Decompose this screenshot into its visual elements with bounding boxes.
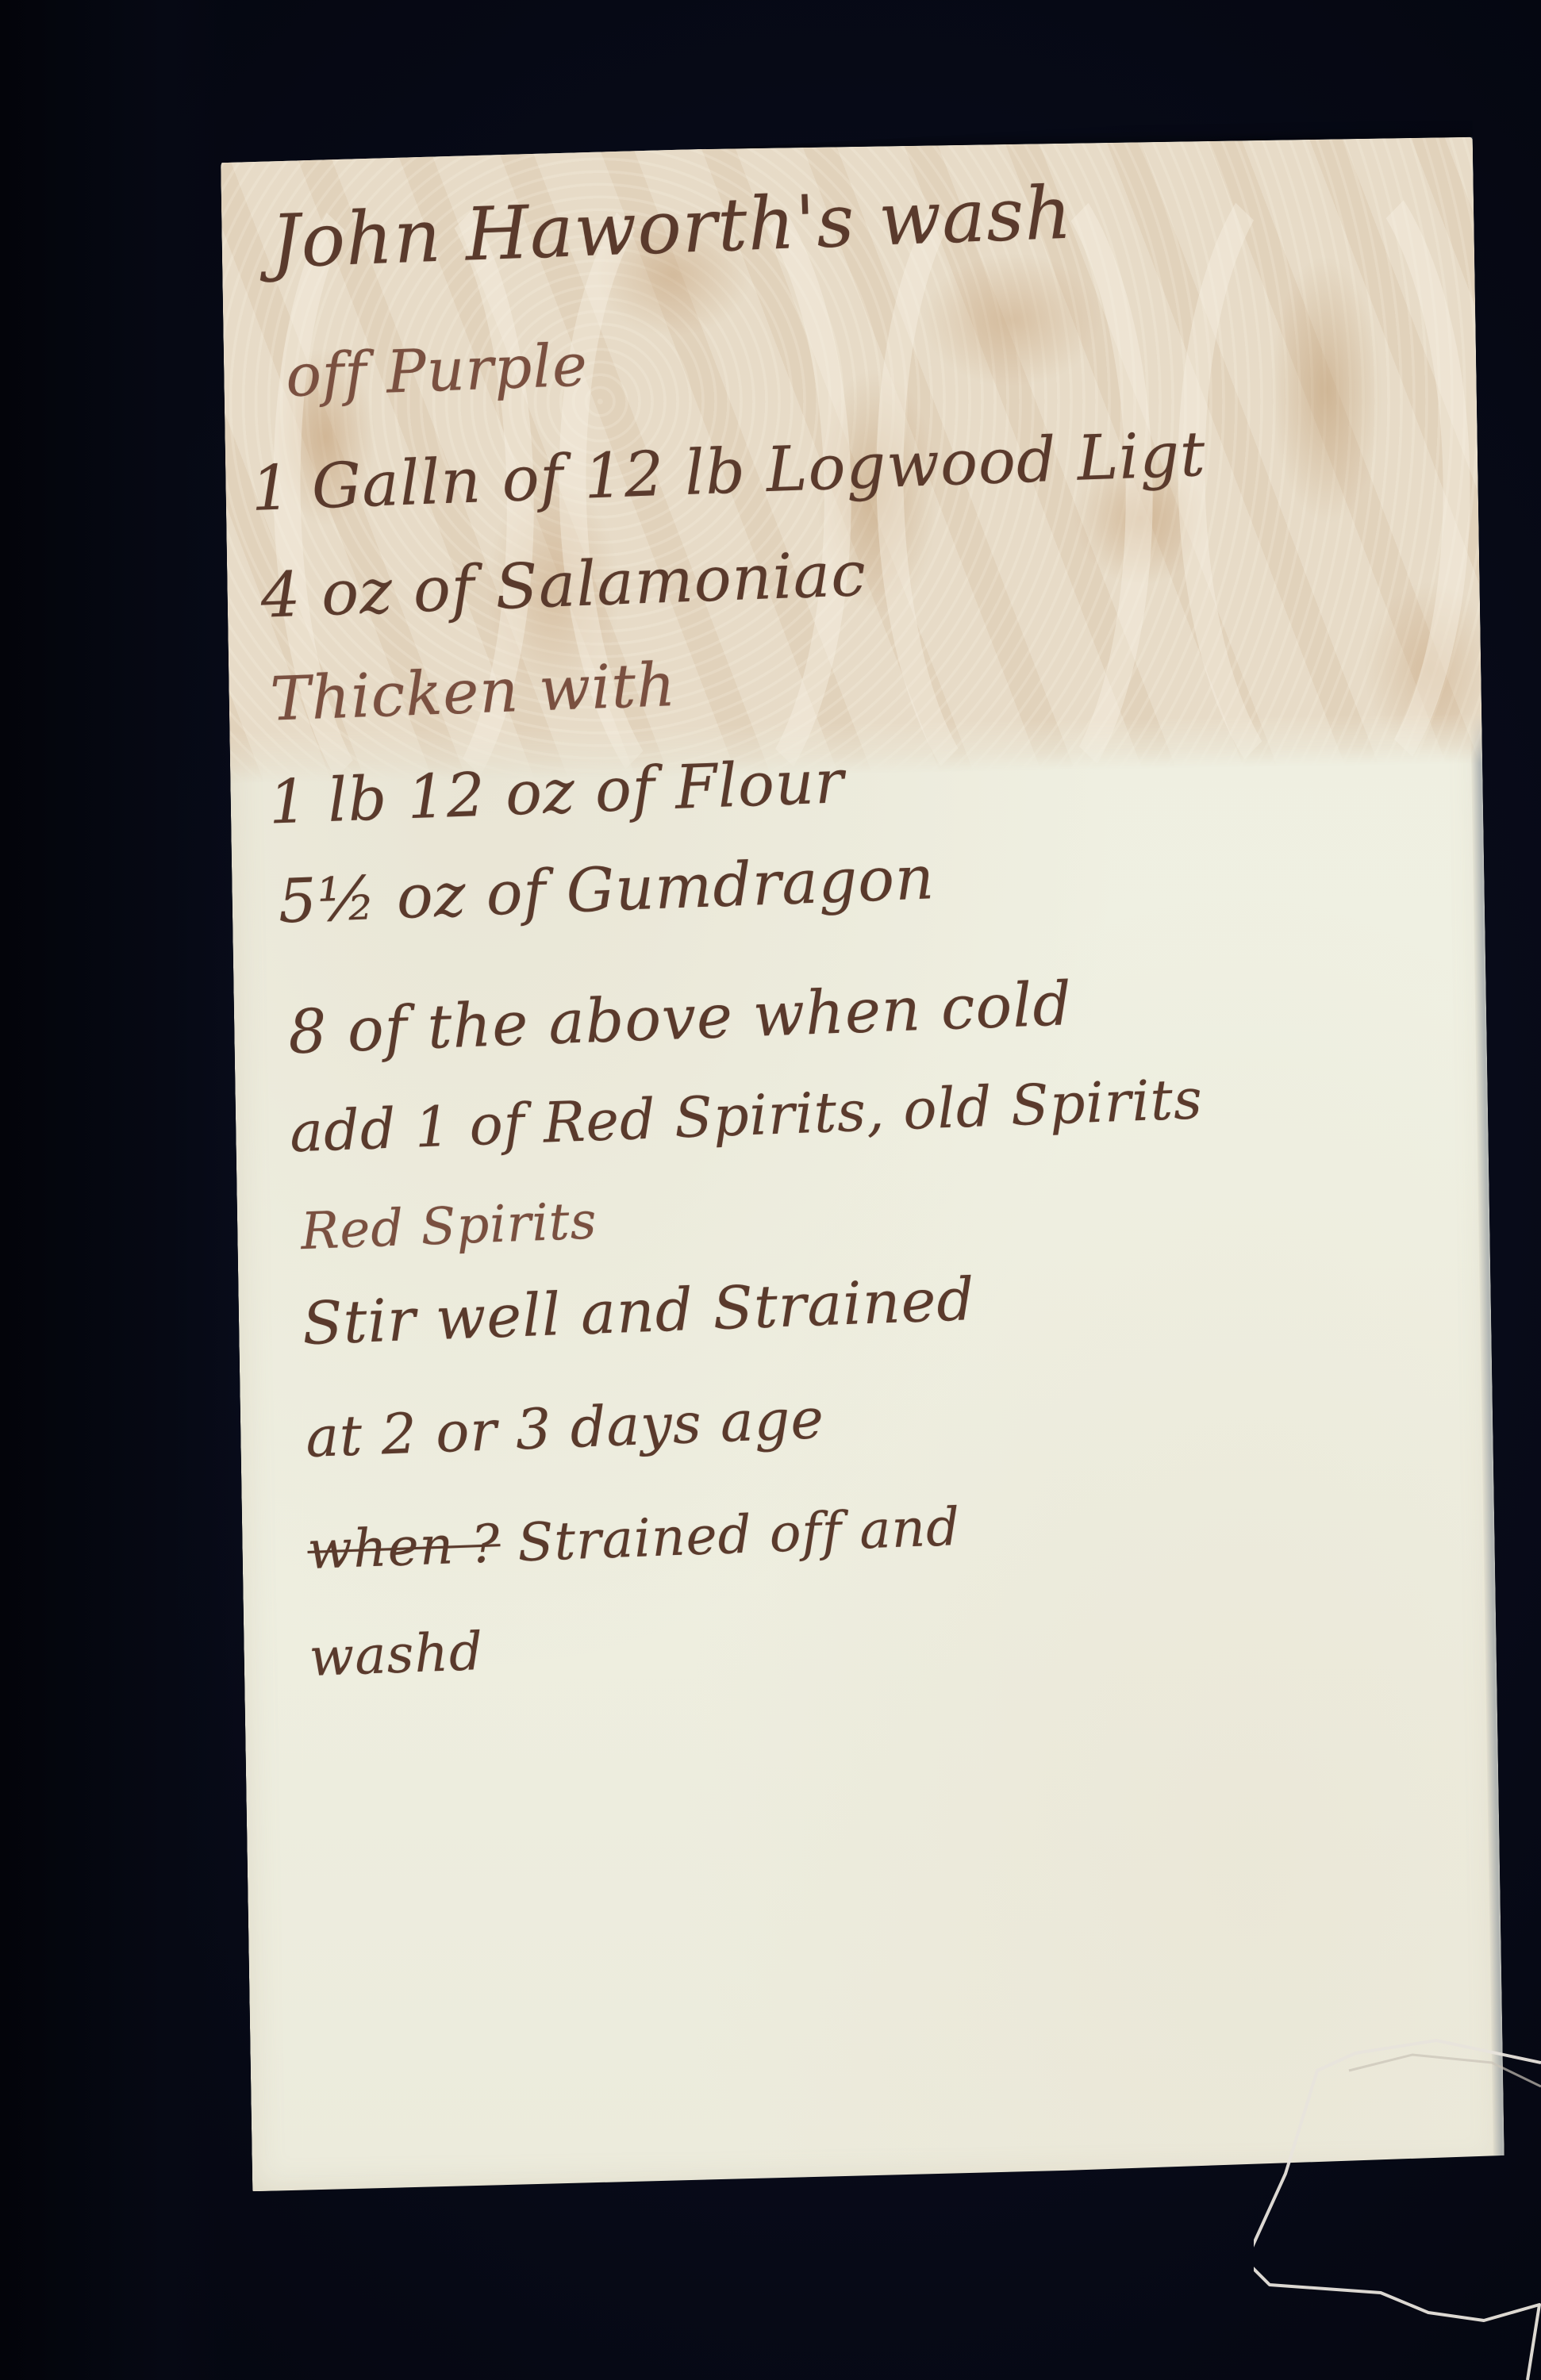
- recipe-line: Stir well and Strained: [302, 1265, 977, 1358]
- recipe-line: Red Spirits: [300, 1192, 598, 1261]
- recipe-line-text: Strained off and: [499, 1496, 962, 1574]
- manuscript-page: John Haworth's wash off Purple 1 Galln o…: [221, 137, 1504, 2191]
- recipe-line: 5½ oz of Gumdragon: [277, 842, 936, 936]
- recipe-line: 1 Galln of 12 lb Logwood Ligt: [250, 419, 1207, 525]
- background-shadow: [0, 0, 238, 2380]
- recipe-line: Thicken with: [269, 649, 677, 735]
- struck-through-word: when ?: [306, 1513, 501, 1581]
- recipe-line: washd: [308, 1621, 484, 1688]
- recipe-line: at 2 or 3 days age: [305, 1386, 825, 1470]
- recipe-line: off Purple: [285, 331, 589, 410]
- recipe-line: when ? Strained off and: [306, 1496, 961, 1581]
- recipe-line: 4 oz of Salamoniac: [259, 539, 867, 632]
- recipe-line: 8 of the above when cold: [287, 968, 1074, 1067]
- recipe-title: John Haworth's wash: [270, 171, 1074, 285]
- slide-background: John Haworth's wash off Purple 1 Galln o…: [0, 0, 1541, 2380]
- recipe-line: add 1 of Red Spirits, old Spirits: [289, 1066, 1204, 1165]
- handwritten-recipe: John Haworth's wash off Purple 1 Galln o…: [221, 137, 1504, 2191]
- recipe-line: 1 lb 12 oz of Flour: [267, 746, 845, 838]
